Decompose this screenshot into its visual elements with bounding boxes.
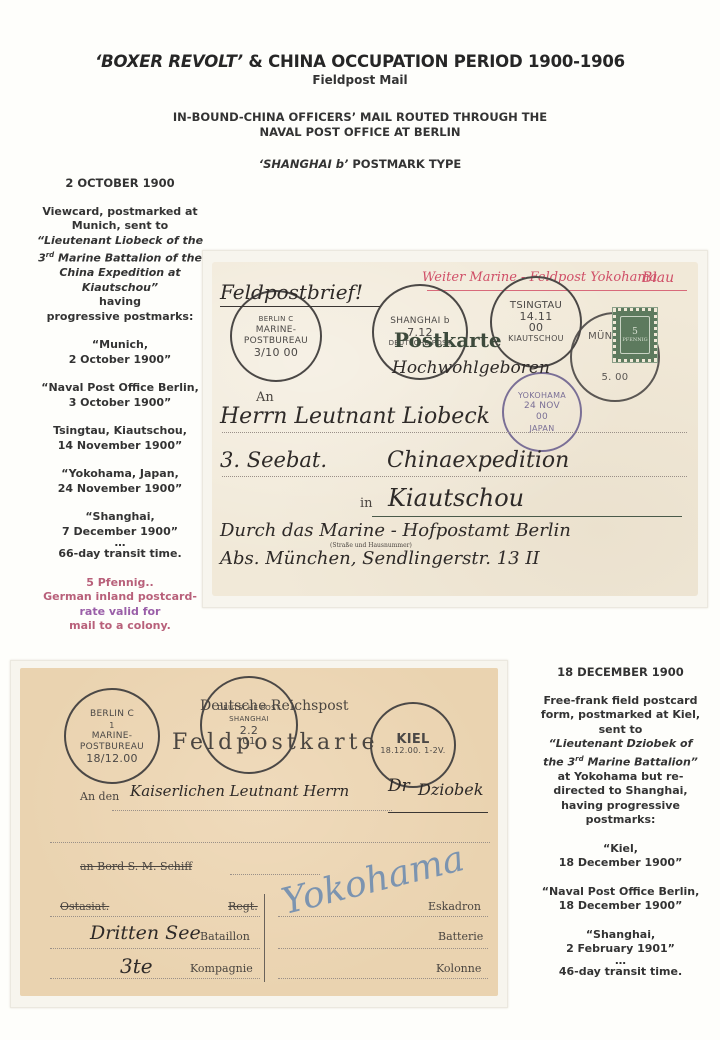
page-subtitle: Fieldpost Mail — [0, 73, 720, 87]
postmark-berlin-marine-postbureau: BERLIN C 1 MARINE- POSTBUREAU 18/12.00 — [64, 688, 160, 784]
postmark-shanghai-deutsche-post: DEUTSCHE POST SHANGHAI 2.2 01 — [200, 676, 298, 774]
hand-sender: Abs. München, Sendlingerstr. 13 II — [220, 548, 540, 569]
item1-postmark-munich: “Munich,2 October 1900” — [30, 338, 210, 367]
printed-bataillon: Bataillon — [200, 930, 250, 943]
printed-feldpostkarte: Feldpostkarte — [172, 730, 378, 755]
postcard-feldpostkarte: BERLIN C 1 MARINE- POSTBUREAU 18/12.00 D… — [20, 668, 498, 996]
printed-batterie: Batterie — [438, 930, 483, 943]
address-line — [222, 432, 687, 433]
page-title: ‘BOXER REVOLT’ & CHINA OCCUPATION PERIOD… — [0, 52, 720, 71]
item2-transit: 46-day transit time. — [518, 965, 720, 980]
printed-postkarte: Postkarte — [394, 328, 502, 352]
address-line — [50, 916, 260, 917]
name-underline — [388, 812, 488, 813]
item2-postmark-shanghai: “Shanghai,2 February 1901” — [518, 928, 720, 957]
printed-deutsche-reichspost: Deutsche Reichspost — [200, 698, 348, 714]
item2-description: 18 DECEMBER 1900 Free-frank field postca… — [518, 665, 720, 979]
section-heading: IN-BOUND-CHINA OFFICERS’ MAIL ROUTED THR… — [0, 110, 720, 140]
item1-transit: 66-day transit time. — [30, 547, 210, 562]
hand-addressee-name: Herrn Leutnant Liobeck — [220, 404, 490, 429]
hand-unit: 3. Seebat. — [220, 448, 327, 472]
printed-eskadron: Eskadron — [428, 900, 481, 913]
hand-dritten-see: Dritten See — [90, 922, 201, 944]
hand-routing-note: Durch das Marine - Hofpostamt Berlin — [220, 520, 571, 541]
hand-company: 3te — [120, 954, 153, 978]
hand-dziobek: Dziobek — [418, 780, 483, 799]
printed-regt: Regt. — [228, 900, 258, 913]
item1-intro: Viewcard, postmarked at Munich, sent to … — [30, 205, 210, 325]
item1-postmark-shanghai: “Shanghai,7 December 1900” — [30, 510, 210, 539]
printed-kompagnie: Kompagnie — [190, 962, 253, 975]
red-note-end: Blau — [642, 270, 674, 286]
hand-name-prefix: Dr — [388, 776, 410, 796]
address-line — [278, 948, 488, 949]
postmark-type-heading: ‘SHANGHAI b’ POSTMARK TYPE — [0, 157, 720, 171]
item1-postmark-tsingtau: Tsingtau, Kiautschou,14 November 1900” — [30, 424, 210, 453]
address-line — [222, 476, 687, 477]
stamp-bavaria-5-pfennig: 5PFENNIG — [613, 308, 657, 362]
form-divider — [264, 894, 265, 982]
address-line — [278, 916, 488, 917]
hand-addressee: Kaiserlichen Leutnant Herrn — [130, 782, 349, 800]
printed-in: in — [360, 496, 373, 511]
postmark-kiel: KIEL 18.12.00. 1-2V. — [370, 702, 456, 788]
address-line — [112, 810, 392, 811]
address-line — [278, 978, 488, 979]
underline — [220, 306, 380, 307]
item1-date: 2 OCTOBER 1900 — [30, 176, 210, 191]
item1-rate-note: 5 Pfennig.. German inland postcard- rate… — [30, 576, 210, 634]
item2-postmark-kiel: “Kiel,18 December 1900” — [518, 842, 720, 871]
hand-kiautschou: Kiautschou — [388, 484, 524, 512]
postcard-munich-viewcard: Weiter Marine - Feldpost Yokohama Blau B… — [212, 262, 698, 596]
printed-an-den: An den — [80, 790, 119, 803]
page-header: ‘BOXER REVOLT’ & CHINA OCCUPATION PERIOD… — [0, 52, 720, 87]
item1-postmark-berlin: “Naval Post Office Berlin,3 October 1900… — [30, 381, 210, 410]
address-line — [50, 978, 260, 979]
printed-an-bord: an Bord S. M. Schiff — [80, 860, 192, 873]
item2-date: 18 DECEMBER 1900 — [518, 665, 720, 680]
item2-postmark-berlin: “Naval Post Office Berlin,18 December 19… — [518, 885, 720, 914]
item1-postmark-yokohama: “Yokohama, Japan,24 November 1900” — [30, 467, 210, 496]
address-line — [372, 516, 682, 517]
hand-hochwohlgeboren: Hochwohlgeboren — [392, 358, 550, 378]
address-line — [50, 842, 490, 843]
postmark-yokohama: YOKOHAMA 24 NOV 00 JAPAN — [502, 372, 582, 452]
printed-ostasiat: Ostasiat. — [60, 900, 109, 913]
item1-description: 2 OCTOBER 1900 Viewcard, postmarked at M… — [30, 176, 210, 634]
postmark-tsingtau: TSINGTAU 14.11 00 KIAUTSCHOU — [490, 276, 582, 368]
hand-expedition: Chinaexpedition — [387, 448, 569, 473]
printed-kolonne: Kolonne — [436, 962, 481, 975]
printed-an: An — [256, 390, 274, 405]
hand-feldpostbrief: Feldpostbrief! — [220, 280, 363, 304]
item2-intro: Free-frank field postcard form, postmark… — [518, 694, 720, 828]
address-line — [50, 948, 260, 949]
